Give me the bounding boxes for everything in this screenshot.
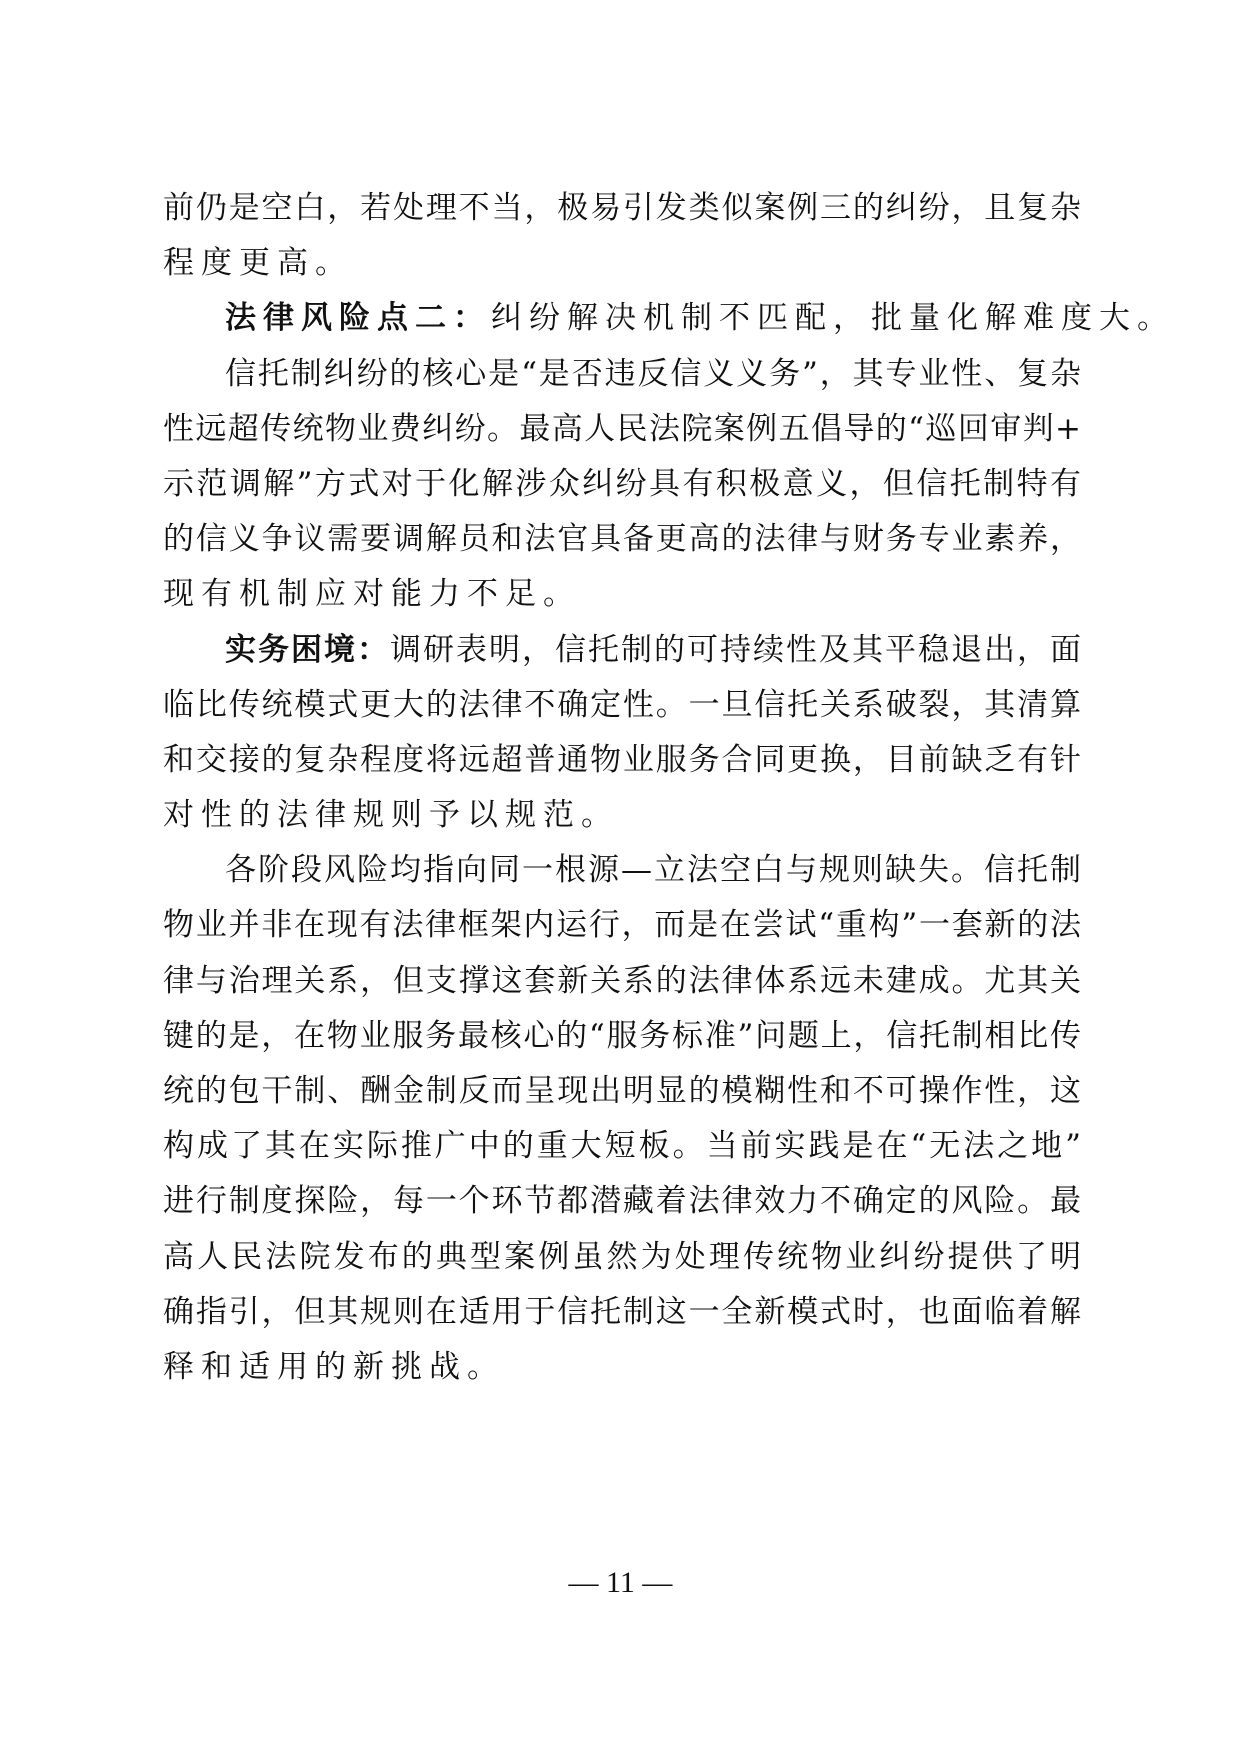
text-line: 程度更高。 [163, 236, 1081, 291]
text-line: 的信义争议需要调解员和法官具备更高的法律与财务专业素养， [163, 512, 1081, 567]
text-line: 统的包干制、酬金制反而呈现出明显的模糊性和不可操作性，这 [163, 1064, 1081, 1119]
text-line: 性远超传统物业费纠纷。最高人民法院案例五倡导的“巡回审判+ [163, 402, 1081, 457]
text-line: 释和适用的新挑战。 [163, 1340, 1081, 1395]
text-line: 前仍是空白，若处理不当，极易引发类似案例三的纠纷，且复杂 [163, 181, 1081, 236]
text-line: 键的是，在物业服务最核心的“服务标准”问题上，信托制相比传 [163, 1009, 1081, 1064]
section-heading: 法律风险点二： [225, 300, 491, 336]
text-line: 确指引，但其规则在适用于信托制这一全新模式时，也面临着解 [163, 1285, 1081, 1340]
text-line: 高人民法院发布的典型案例虽然为处理传统物业纠纷提供了明 [163, 1230, 1081, 1285]
text-line: 现有机制应对能力不足。 [163, 567, 1081, 622]
risk-point-heading-line: 法律风险点二：纠纷解决机制不匹配，批量化解难度大。 [163, 291, 1081, 346]
text-line: 进行制度探险，每一个环节都潜藏着法律效力不确定的风险。最 [163, 1174, 1081, 1229]
document-body: 前仍是空白，若处理不当，极易引发类似案例三的纠纷，且复杂 程度更高。 法律风险点… [163, 181, 1081, 1395]
text-line: 信托制纠纷的核心是“是否违反信义义务”，其专业性、复杂 [163, 347, 1081, 402]
text-span: 纠纷解决机制不匹配，批量化解难度大。 [491, 300, 1175, 336]
text-span: 调研表明，信托制的可持续性及其平稳退出，面 [390, 632, 1081, 668]
text-line: 示范调解”方式对于化解涉众纠纷具有积极意义，但信托制特有 [163, 457, 1081, 512]
text-line: 律与治理关系，但支撑这套新关系的法律体系远未建成。尤其关 [163, 954, 1081, 1009]
text-line: 对性的法律规则予以规范。 [163, 788, 1081, 843]
text-line: 临比传统模式更大的法律不确定性。一旦信托关系破裂，其清算 [163, 678, 1081, 733]
text-line: 物业并非在现有法律框架内运行，而是在尝试“重构”一套新的法 [163, 898, 1081, 953]
practice-heading-line: 实务困境：调研表明，信托制的可持续性及其平稳退出，面 [163, 623, 1081, 678]
text-line: 构成了其在实际推广中的重大短板。当前实践是在“无法之地” [163, 1119, 1081, 1174]
section-heading: 实务困境： [225, 632, 390, 668]
page-number: — 11 — [0, 1566, 1241, 1600]
text-line: 和交接的复杂程度将远超普通物业服务合同更换，目前缺乏有针 [163, 733, 1081, 788]
text-line: 各阶段风险均指向同一根源—立法空白与规则缺失。信托制 [163, 843, 1081, 898]
